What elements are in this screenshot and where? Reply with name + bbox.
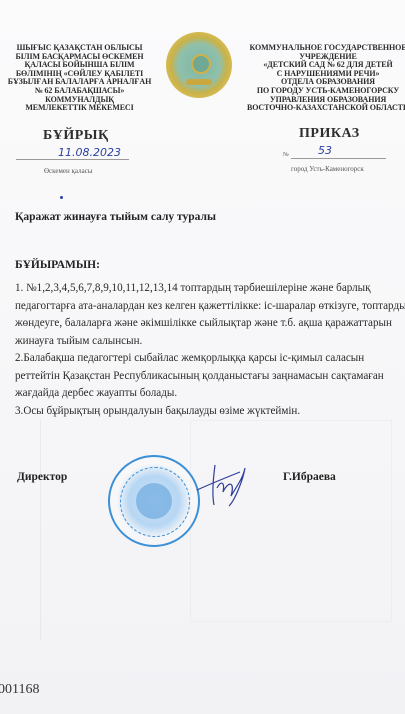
order-heading: БҰЙЫРАМЫН: bbox=[15, 259, 100, 271]
title-russian: ПРИКАЗ bbox=[299, 126, 360, 142]
order-body: 1. №1,2,3,4,5,6,7,8,9,10,11,12,13,14 топ… bbox=[15, 280, 405, 420]
signature-icon bbox=[195, 460, 255, 510]
state-emblem-icon bbox=[166, 32, 232, 98]
signatory-name: Г.Ибраева bbox=[283, 471, 336, 483]
header-left-line: МЕМЛЕКЕТТІК МЕКЕМЕСІ bbox=[0, 104, 167, 113]
paragraph-3: 3.Осы бұйрықтың орындалуын бақылауды өзі… bbox=[15, 403, 405, 421]
paragraph-2: 2.Балабақша педагогтері сыбайлас жемқорл… bbox=[15, 350, 405, 403]
title-kazakh: БҰЙРЫҚ bbox=[43, 128, 109, 144]
city-russian: город Усть-Каменогорск bbox=[291, 165, 364, 173]
seal-stamp-icon bbox=[108, 455, 200, 547]
number-line bbox=[291, 158, 386, 159]
city-kazakh: Өскемен қаласы bbox=[44, 167, 93, 175]
handwritten-number: 53 bbox=[318, 144, 332, 157]
paragraph-1: 1. №1,2,3,4,5,6,7,8,9,10,11,12,13,14 топ… bbox=[15, 280, 405, 350]
number-label: № bbox=[283, 152, 289, 158]
footer-serial-number: 001168 bbox=[0, 682, 39, 698]
ink-mark bbox=[60, 196, 63, 199]
header-left-kazakh: ШЫҒЫС ҚАЗАҚСТАН ОБЛЫСЫ БІЛІМ БАСҚАРМАСЫ … bbox=[0, 44, 167, 113]
document-page: ШЫҒЫС ҚАЗАҚСТАН ОБЛЫСЫ БІЛІМ БАСҚАРМАСЫ … bbox=[0, 0, 405, 714]
bleed-through-table bbox=[190, 420, 392, 622]
handwritten-date: 11.08.2023 bbox=[58, 146, 121, 159]
header-right-russian: КОММУНАЛЬНОЕ ГОСУДАРСТВЕННОЕ УЧРЕЖДЕНИЕ … bbox=[238, 44, 405, 113]
signatory-title: Директор bbox=[17, 471, 67, 483]
order-subject: Қаражат жинауға тыйым салу туралы bbox=[15, 211, 216, 223]
date-line bbox=[16, 159, 129, 160]
header-right-line: ВОСТОЧНО-КАЗАХСТАНСКОЙ ОБЛАСТИ bbox=[238, 104, 405, 113]
